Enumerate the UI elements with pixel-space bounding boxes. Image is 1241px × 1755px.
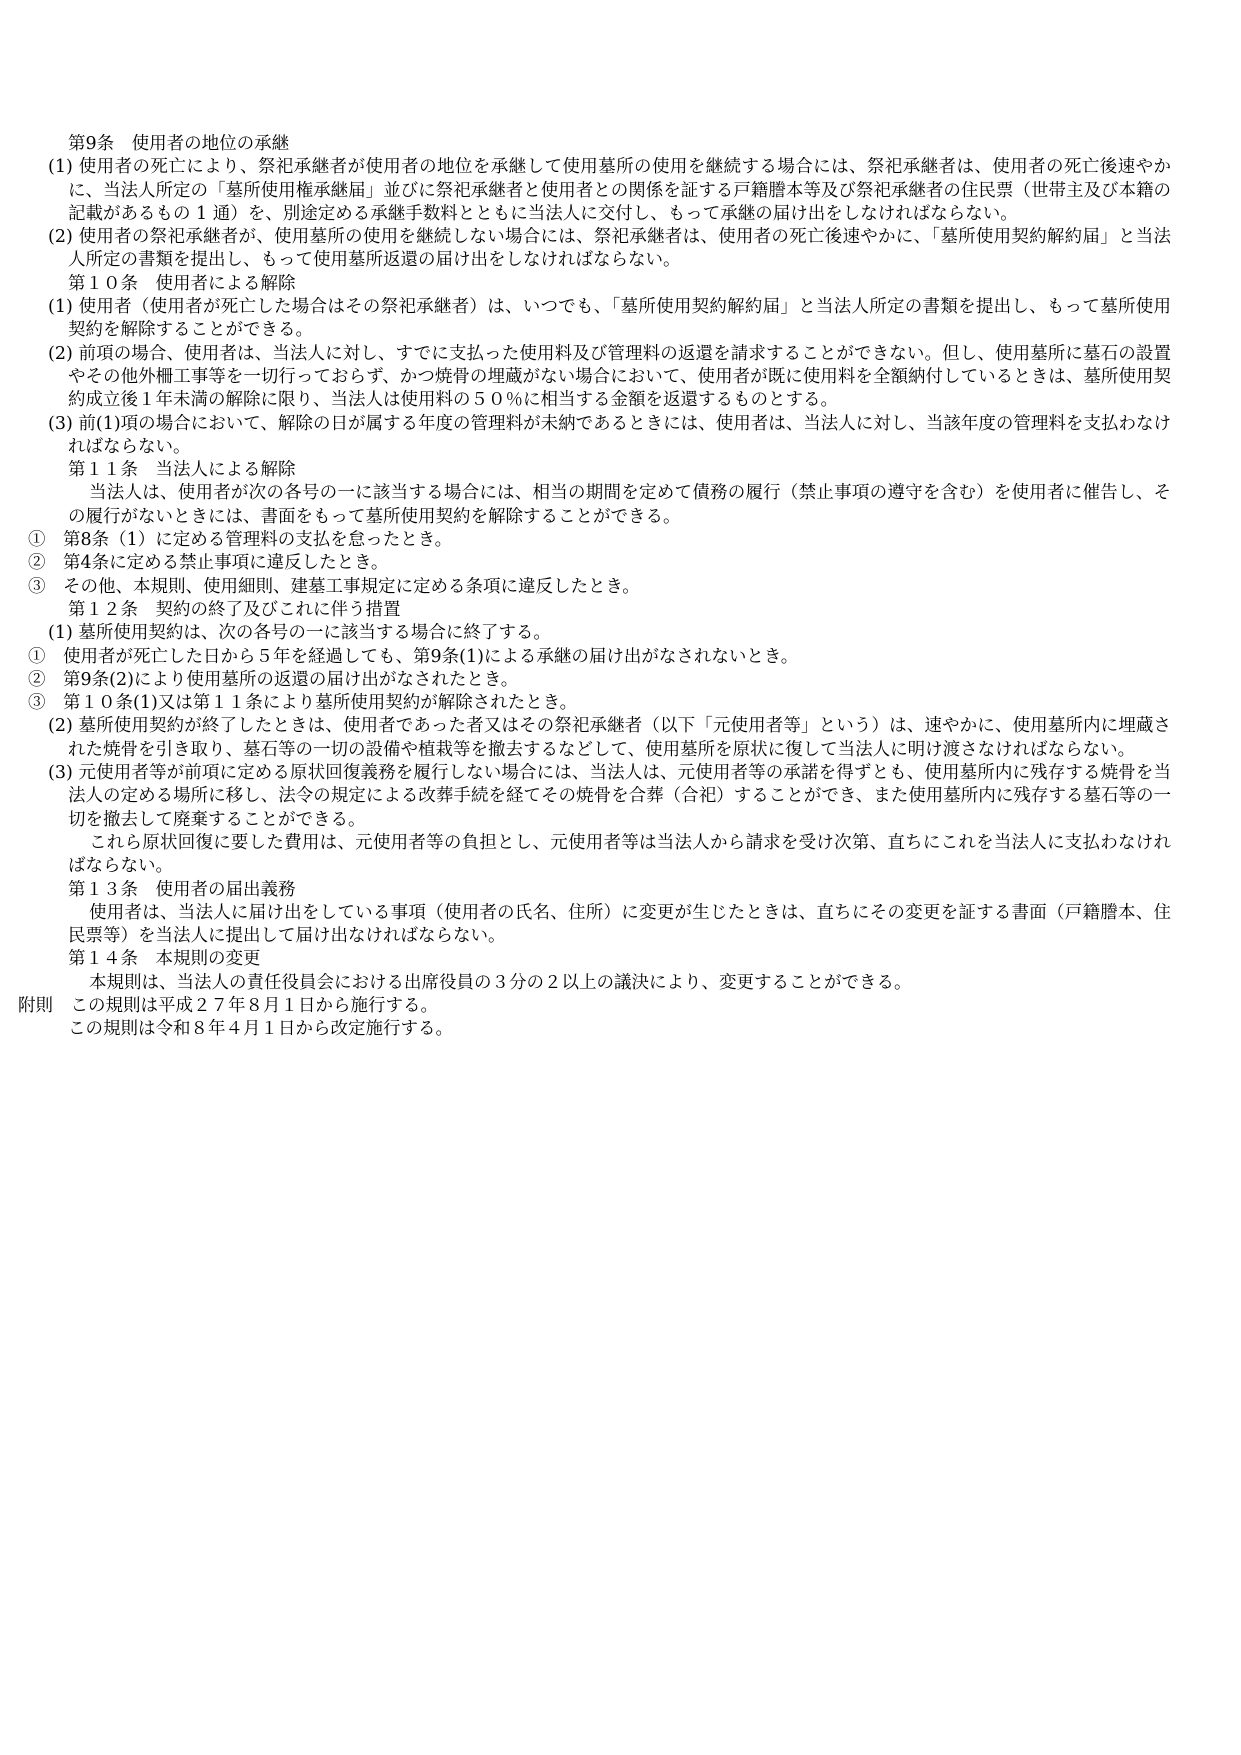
article-heading-14: 第１４条 本規則の変更 xyxy=(68,948,1171,971)
document-page: 第9条 使用者の地位の承継(1) 使用者の死亡により、祭祀承継者が使用者の地位を… xyxy=(0,0,1241,1755)
item-11-2: ② 第4条に定める禁止事項に違反したとき。 xyxy=(68,552,1171,575)
clause-12-3: (3) 元使用者等が前項に定める原状回復義務を履行しない場合には、当法人は、元使… xyxy=(68,762,1171,832)
clause-14-body: 本規則は、当法人の責任役員会における出席役員の３分の２以上の議決により、変更する… xyxy=(68,972,1171,995)
clause-10-1: (1) 使用者（使用者が死亡した場合はその祭祀承継者）は、いつでも、「墓所使用契… xyxy=(68,296,1171,343)
article-heading-13: 第１３条 使用者の届出義務 xyxy=(68,879,1171,902)
article-heading-10: 第１０条 使用者による解除 xyxy=(68,273,1171,296)
regulation-text: 第9条 使用者の地位の承継(1) 使用者の死亡により、祭祀承継者が使用者の地位を… xyxy=(68,133,1171,1042)
clause-12-3-cost: これら原状回復に要した費用は、元使用者等の負担とし、元使用者等は当法人から請求を… xyxy=(68,832,1171,879)
item-11-3: ③ その他、本規則、使用細則、建墓工事規定に定める条項に違反したとき。 xyxy=(68,576,1171,599)
supplementary-provision-2: この規則は令和８年４月１日から改定施行する。 xyxy=(68,1018,1171,1041)
article-heading-9: 第9条 使用者の地位の承継 xyxy=(68,133,1171,156)
clause-11-body: 当法人は、使用者が次の各号の一に該当する場合には、相当の期間を定めて債務の履行（… xyxy=(68,482,1171,529)
item-12-1-2: ② 第9条(2)により使用墓所の返還の届け出がなされたとき。 xyxy=(68,669,1171,692)
article-heading-12: 第１２条 契約の終了及びこれに伴う措置 xyxy=(68,599,1171,622)
clause-9-1: (1) 使用者の死亡により、祭祀承継者が使用者の地位を承継して使用墓所の使用を継… xyxy=(68,156,1171,226)
clause-12-1: (1) 墓所使用契約は、次の各号の一に該当する場合に終了する。 xyxy=(68,622,1171,645)
item-12-1-3: ③ 第１０条(1)又は第１１条により墓所使用契約が解除されたとき。 xyxy=(68,692,1171,715)
item-11-1: ① 第8条（1）に定める管理料の支払を怠ったとき。 xyxy=(68,529,1171,552)
clause-10-3: (3) 前(1)項の場合において、解除の日が属する年度の管理料が未納であるときに… xyxy=(68,413,1171,460)
item-12-1-1: ① 使用者が死亡した日から５年を経過しても、第9条(1)による承継の届け出がなさ… xyxy=(68,646,1171,669)
clause-12-2: (2) 墓所使用契約が終了したときは、使用者であった者又はその祭祀承継者（以下「… xyxy=(68,715,1171,762)
clause-13-body: 使用者は、当法人に届け出をしている事項（使用者の氏名、住所）に変更が生じたときは… xyxy=(68,902,1171,949)
article-heading-11: 第１１条 当法人による解除 xyxy=(68,459,1171,482)
supplementary-provision-1: 附則 この規則は平成２７年８月１日から施行する。 xyxy=(68,995,1171,1018)
clause-9-2: (2) 使用者の祭祀承継者が、使用墓所の使用を継続しない場合には、祭祀承継者は、… xyxy=(68,226,1171,273)
clause-10-2: (2) 前項の場合、使用者は、当法人に対し、すでに支払った使用料及び管理料の返還… xyxy=(68,343,1171,413)
